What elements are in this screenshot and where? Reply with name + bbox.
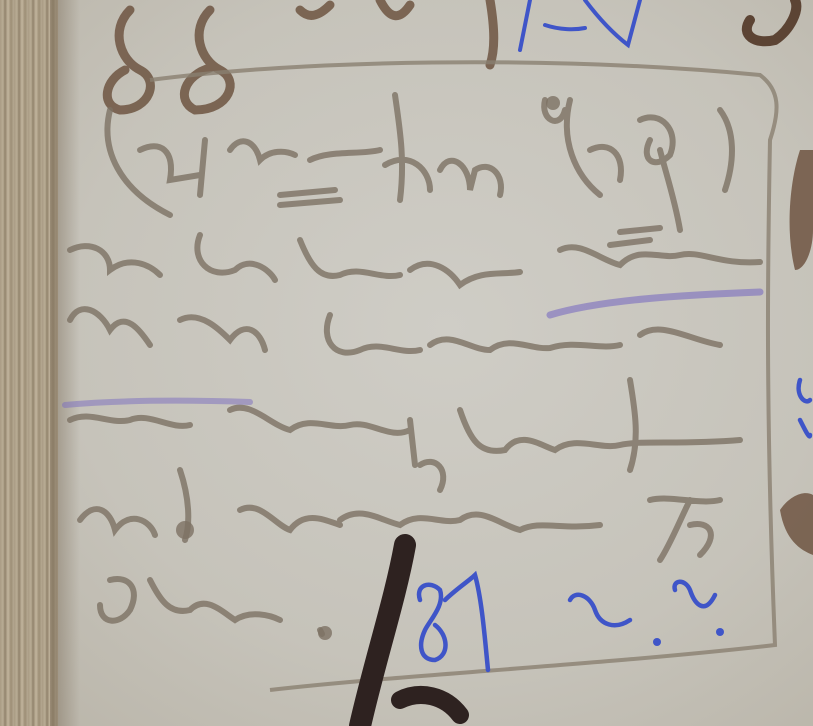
violet-underline-2 xyxy=(65,401,250,405)
manuscript-page: 21ten April 1891 ganz ... unter ... begr… xyxy=(0,0,813,726)
blue-n-mark xyxy=(520,0,640,50)
right-margin-blots xyxy=(780,150,813,555)
entry-box-border xyxy=(150,62,777,690)
violet-underline-1 xyxy=(550,292,760,315)
handwriting-ink xyxy=(0,0,813,726)
blue-annotations xyxy=(419,380,810,670)
script-lines xyxy=(70,95,760,634)
top-numerals-89 xyxy=(107,0,493,110)
